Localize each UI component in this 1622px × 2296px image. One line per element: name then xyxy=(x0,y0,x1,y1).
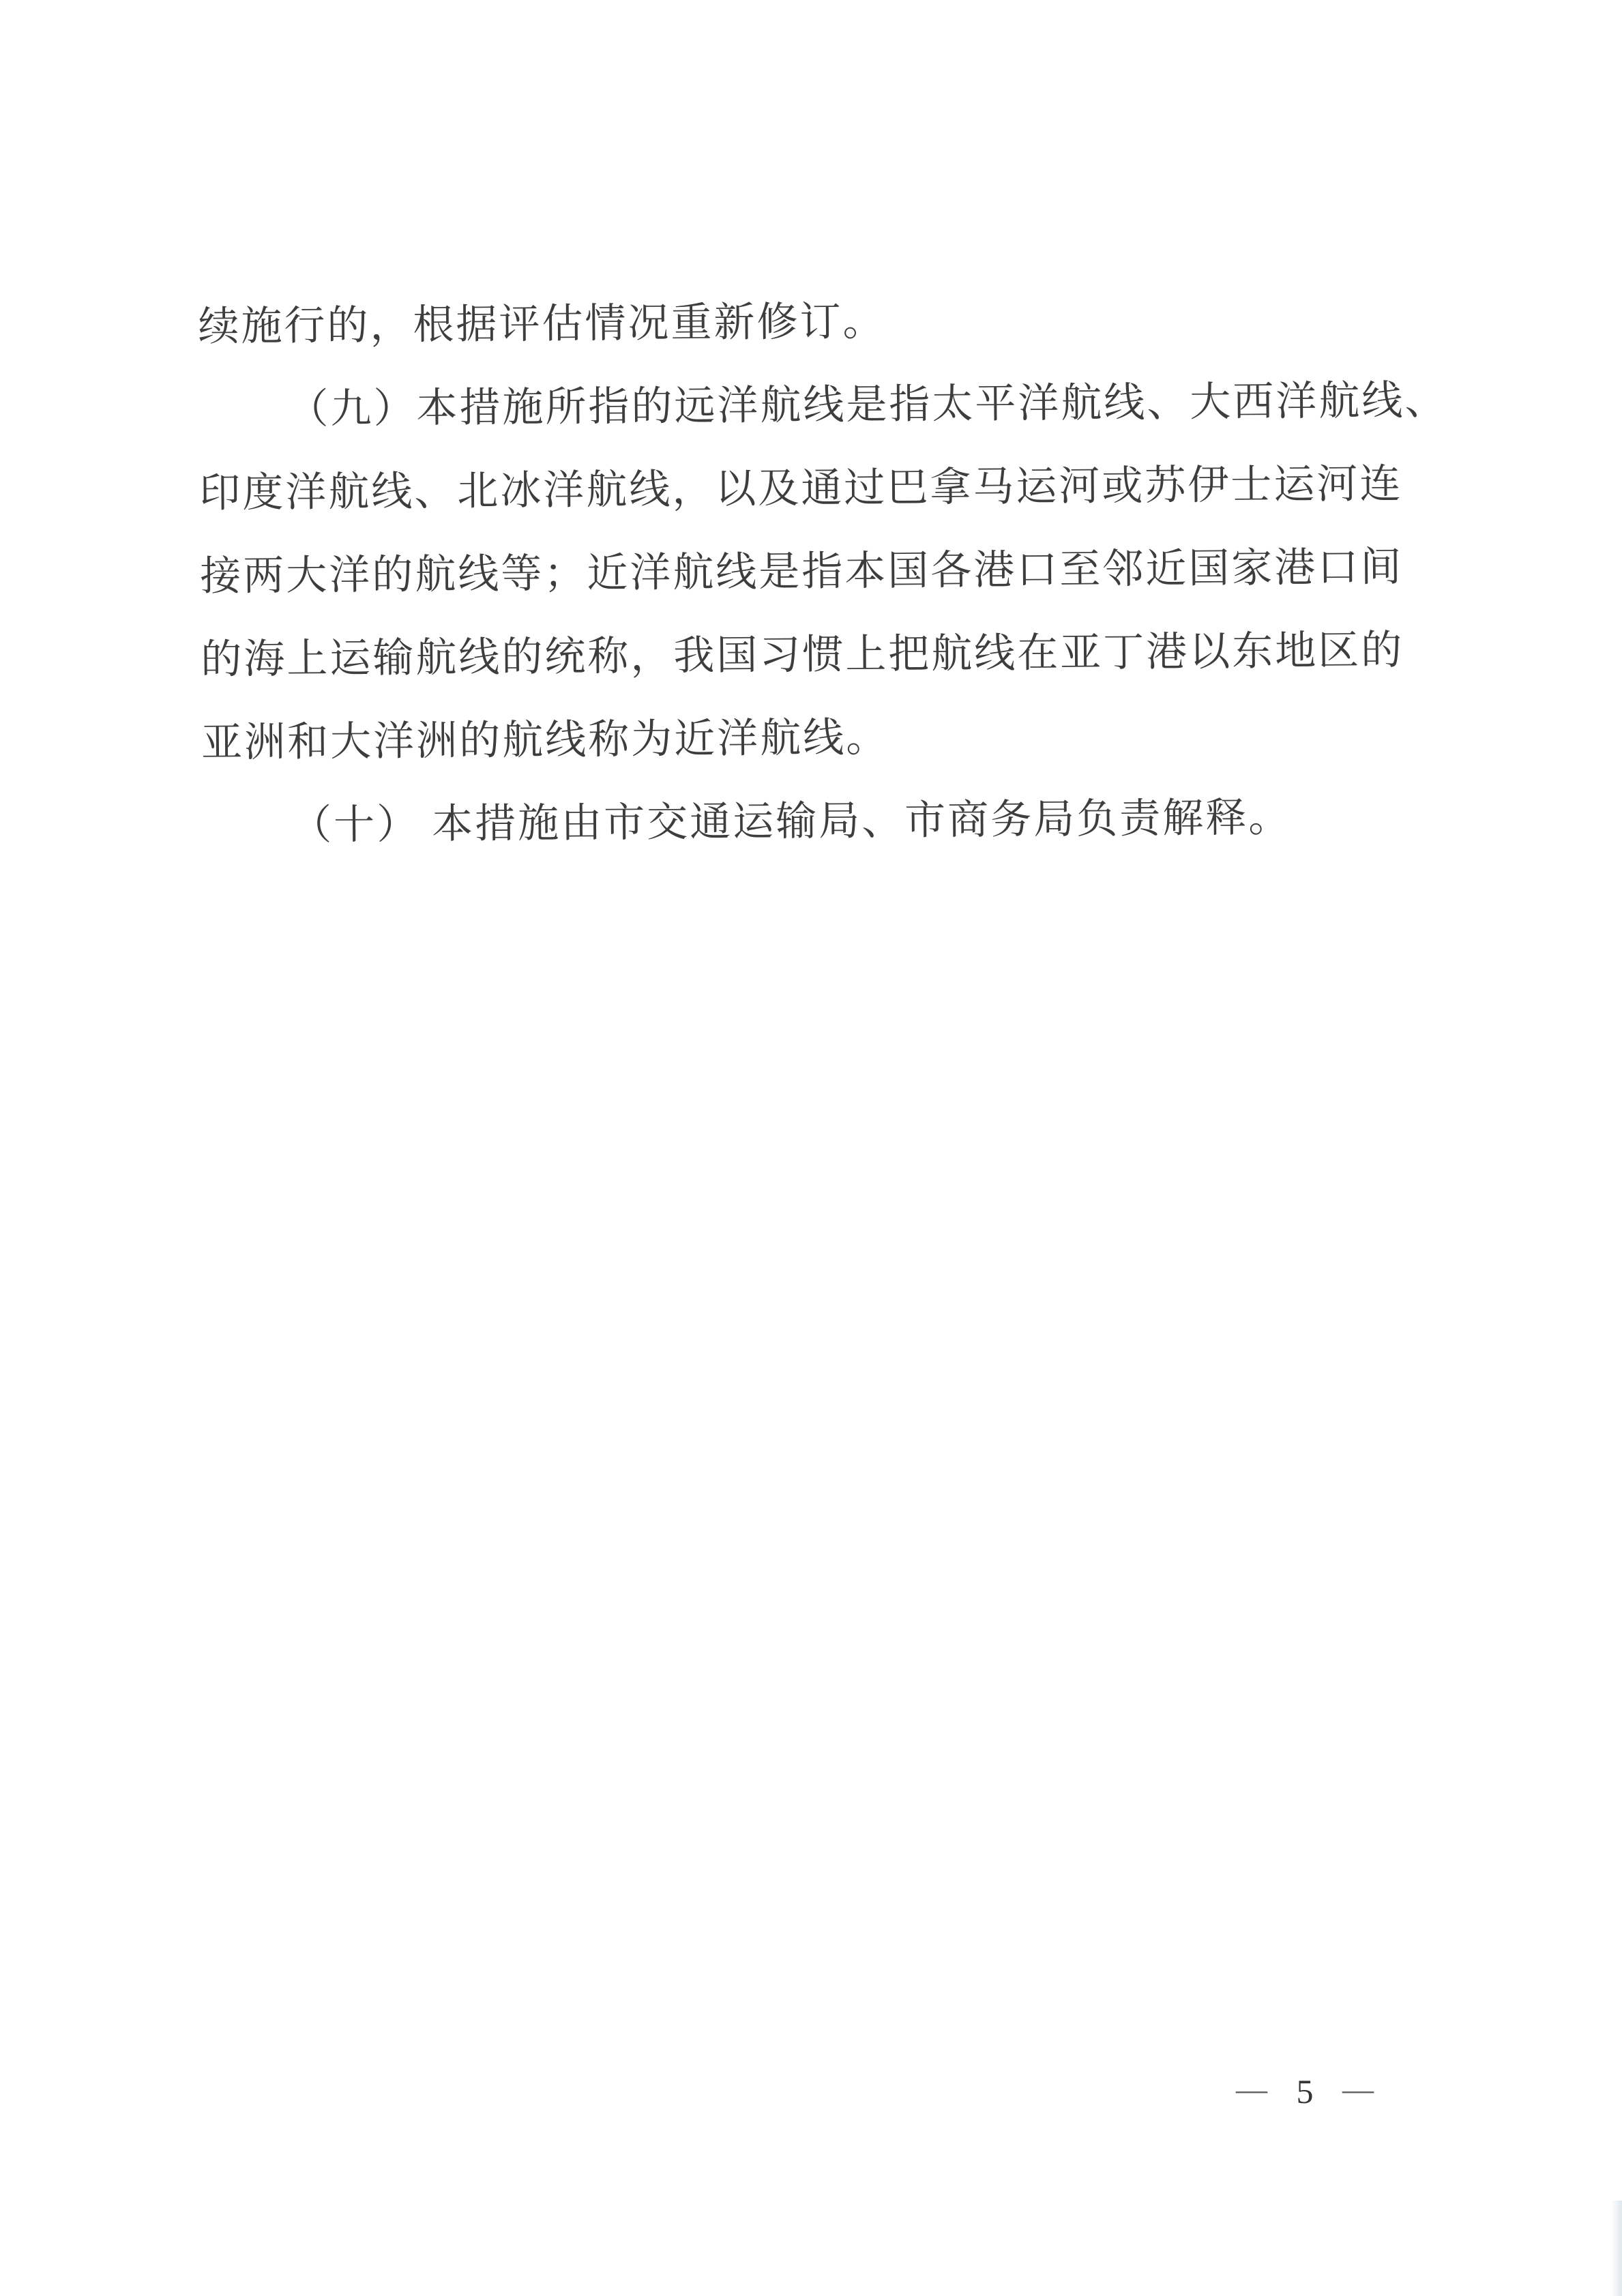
page-number-footer: — 5 — xyxy=(1236,2071,1374,2112)
body-line-4: 接两大洋的航线等；近洋航线是指本国各港口至邻近国家港口间 xyxy=(200,525,1428,618)
footer-left-dash: — xyxy=(1236,2069,1267,2110)
scanned-document-page: 续施行的，根据评估情况重新修订。 （九）本措施所指的远洋航线是指太平洋航线、大西… xyxy=(0,0,1622,2296)
footer-right-dash: — xyxy=(1342,2069,1374,2110)
body-line-2: （九）本措施所指的远洋航线是指太平洋航线、大西洋航线、 xyxy=(198,359,1427,452)
document-body: 续施行的，根据评估情况重新修订。 （九）本措施所指的远洋航线是指太平洋航线、大西… xyxy=(198,276,1430,868)
body-line-5: 的海上运输航线的统称，我国习惯上把航线在亚丁港以东地区的 xyxy=(201,608,1429,701)
body-line-1: 续施行的，根据评估情况重新修订。 xyxy=(198,276,1426,368)
body-line-7: （十） 本措施由市交通运输局、市商务局负责解释。 xyxy=(202,775,1430,868)
scan-edge-artifact xyxy=(1611,2201,1622,2296)
footer-page-number: 5 xyxy=(1297,2071,1314,2112)
body-line-6: 亚洲和大洋洲的航线称为近洋航线。 xyxy=(201,692,1430,784)
body-line-3: 印度洋航线、北冰洋航线，以及通过巴拿马运河或苏伊士运河连 xyxy=(199,442,1428,535)
